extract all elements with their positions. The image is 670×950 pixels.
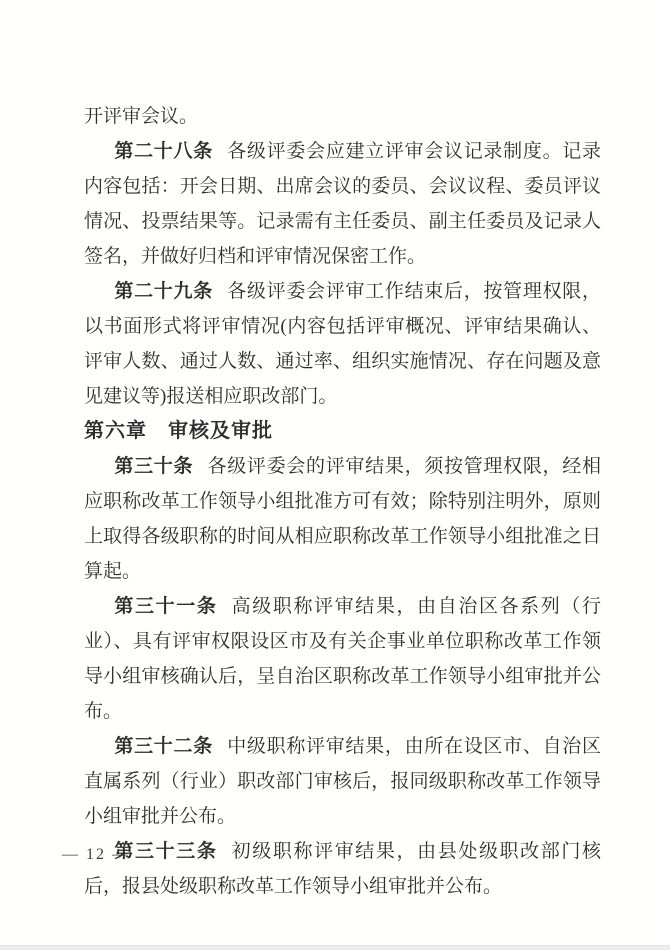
article-30-number: 第三十条 [114, 456, 193, 477]
scan-bottom-edge [0, 945, 670, 950]
chapter-6-heading: 第六章 审核及审批 [84, 414, 601, 449]
article-33-paragraph: 第三十三条初级职称评审结果，由县处级职改部门核后，报县处级职称改革工作领导小组审… [84, 834, 601, 904]
document-body: 开评审会议。 第二十八条各级评委会应建立评审会议记录制度。记录内容包括：开会日期… [84, 99, 601, 904]
article-31-paragraph: 第三十一条高级职称评审结果，由自治区各系列（行业）、具有评审权限设区市及有关企事… [84, 589, 601, 729]
article-32-paragraph: 第三十二条中级职称评审结果，由所在设区市、自治区直属系列（行业）职改部门审核后，… [84, 729, 601, 834]
article-29-number: 第二十九条 [114, 281, 213, 302]
document-page: 开评审会议。 第二十八条各级评委会应建立评审会议记录制度。记录内容包括：开会日期… [0, 0, 670, 950]
article-31-number: 第三十一条 [114, 596, 217, 617]
paragraph-continuation: 开评审会议。 [84, 99, 601, 134]
article-32-number: 第三十二条 [114, 736, 213, 757]
article-30-paragraph: 第三十条各级评委会的评审结果，须按管理权限，经相应职称改革工作领导小组批准方可有… [84, 449, 601, 589]
article-28-paragraph: 第二十八条各级评委会应建立评审会议记录制度。记录内容包括：开会日期、出席会议的委… [84, 134, 601, 274]
article-29-paragraph: 第二十九条各级评委会评审工作结束后，按管理权限，以书面形式将评审情况(内容包括评… [84, 274, 601, 414]
article-28-number: 第二十八条 [114, 141, 213, 162]
page-number: — 12 — [62, 845, 130, 865]
